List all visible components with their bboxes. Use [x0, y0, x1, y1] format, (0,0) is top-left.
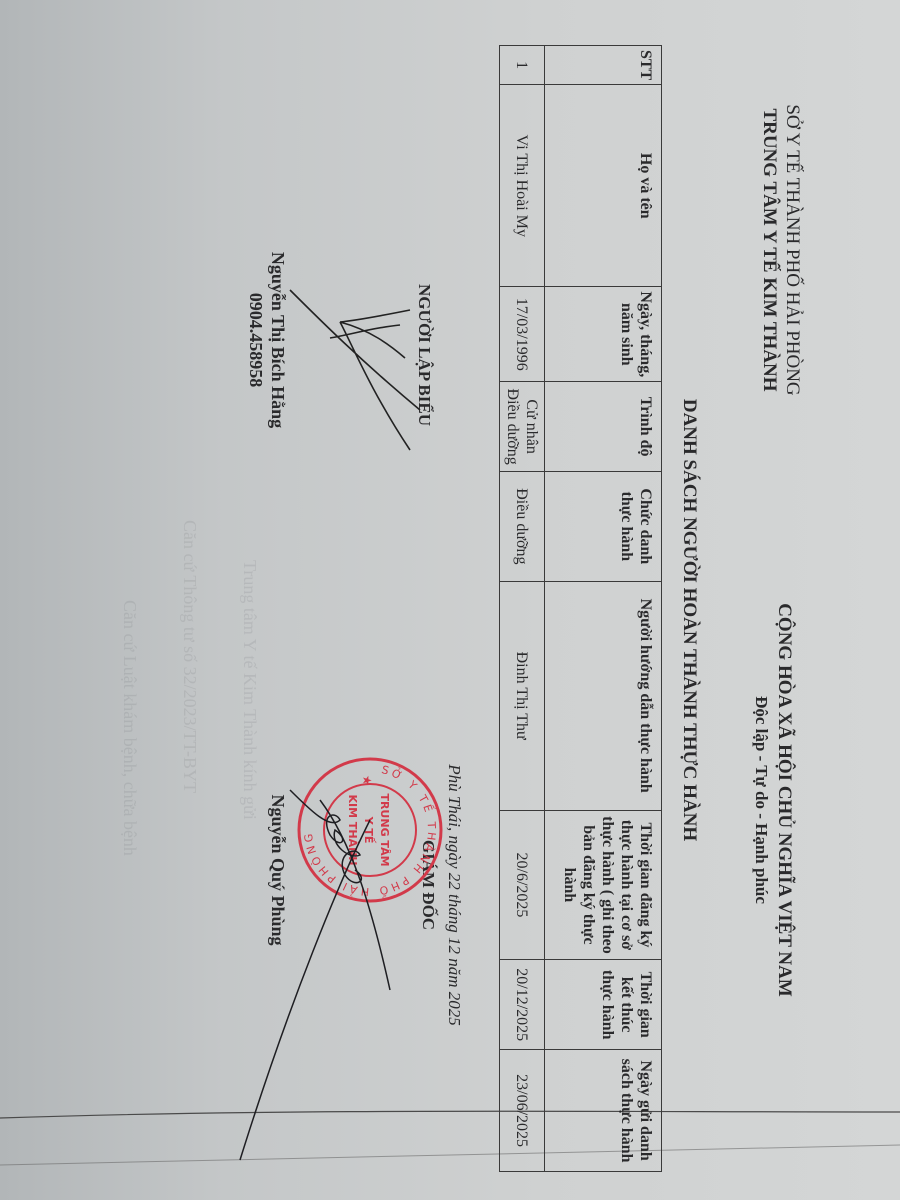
- place-and-date: Phù Thái, ngày 22 tháng 12 năm 2025: [444, 735, 464, 1055]
- center-name: TRUNG TÂM Y TẾ KIM THÀNH: [758, 60, 781, 440]
- preparer-name: Nguyễn Thị Bích Hằng: [267, 200, 288, 480]
- issuing-agency-header: SỞ Y TẾ THÀNH PHỐ HẢI PHÒNG TRUNG TÂM Y …: [758, 60, 804, 440]
- preparer-signature: [270, 250, 430, 470]
- document-page: Trung tâm Y tế Kim Thành kính gửi Căn cứ…: [0, 0, 900, 1200]
- practitioner-table: STTHọ và tênNgày, tháng, năm sinhTrình đ…: [499, 45, 662, 1172]
- table-cell: Điều dưỡng: [500, 472, 545, 582]
- preparer-phone: 0904.458958: [245, 200, 266, 480]
- table-header-row: STTHọ và tênNgày, tháng, năm sinhTrình đ…: [545, 46, 662, 1172]
- table-cell: Đinh Thị Thư: [500, 581, 545, 810]
- column-header: Ngày gửi danh sách thực hành: [545, 1050, 662, 1172]
- column-header: Chức danh thực hành: [545, 472, 662, 582]
- table-cell: Cử nhân Điều dưỡng: [500, 382, 545, 472]
- column-header: Thời gian kết thúc thực hành: [545, 960, 662, 1050]
- country-name: CỘNG HÒA XÃ HỘI CHỦ NGHĨA VIỆT NAM: [773, 600, 796, 1000]
- document-title: DANH SÁCH NGƯỜI HOÀN THÀNH THỰC HÀNH: [678, 300, 700, 940]
- table-cell: 23/06/2025: [500, 1050, 545, 1172]
- director-name: Nguyễn Quý Phùng: [267, 760, 288, 980]
- column-header: Ngày, tháng, năm sinh: [545, 287, 662, 382]
- column-header: Họ và tên: [545, 85, 662, 287]
- national-header: CỘNG HÒA XÃ HỘI CHỦ NGHĨA VIỆT NAM Độc l…: [750, 600, 796, 1000]
- table-cell: 20/6/2025: [500, 810, 545, 960]
- national-motto: Độc lập - Tự do - Hạnh phúc: [750, 600, 773, 1000]
- column-header: Thời gian đăng ký thực hành tại cơ sở th…: [545, 810, 662, 960]
- column-header: STT: [545, 46, 662, 85]
- column-header: Người hướng dẫn thực hành: [545, 581, 662, 810]
- director-signature: [230, 760, 430, 1180]
- department-name: SỞ Y TẾ THÀNH PHỐ HẢI PHÒNG: [781, 60, 804, 440]
- table-cell: 20/12/2025: [500, 960, 545, 1050]
- column-header: Trình độ: [545, 382, 662, 472]
- table-cell: 17/03/1996: [500, 287, 545, 382]
- table-body: 1Vi Thị Hoài My17/03/1996Cử nhân Điều dư…: [500, 46, 545, 1172]
- table-row: 1Vi Thị Hoài My17/03/1996Cử nhân Điều dư…: [500, 46, 545, 1172]
- table-cell: 1: [500, 46, 545, 85]
- table-cell: Vi Thị Hoài My: [500, 85, 545, 287]
